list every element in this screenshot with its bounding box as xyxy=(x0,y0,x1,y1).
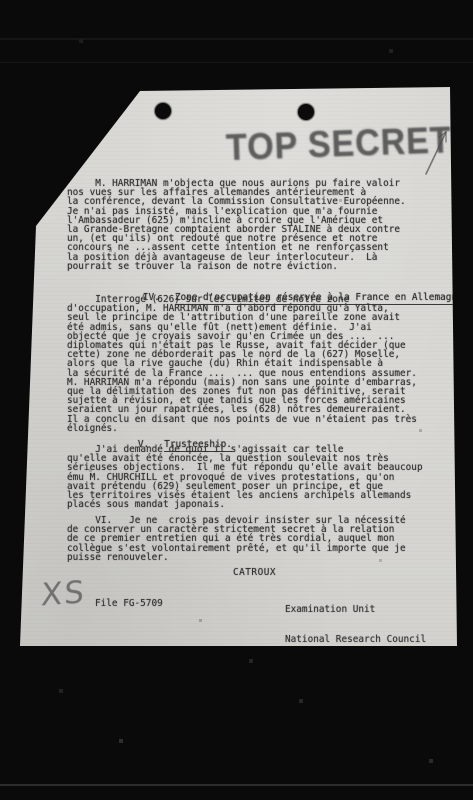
top-secret-stamp: TOP SECRET xyxy=(225,119,447,169)
signature: CATROUX xyxy=(233,567,276,578)
file-number: File FG-5709 xyxy=(95,598,163,609)
text-line: puisse renouveler. xyxy=(67,553,406,562)
scan-edge-line xyxy=(0,784,473,786)
issuer-org: National Research Council xyxy=(285,635,426,645)
issuer-block: Examination Unit National Research Counc… xyxy=(285,585,426,695)
scanned-document-screen: TOP SECRET M. HARRIMAN m'objecta que nou… xyxy=(0,0,473,800)
scan-streak xyxy=(0,62,473,63)
paragraph-trusteeship: J'ai demandé de quoi il s'agissait car t… xyxy=(67,445,423,509)
paragraph-occupation-zone: Interrogé (626) sur les limites de notre… xyxy=(67,295,417,433)
paragraph-secrecy: VI. Je ne crois pas devoir insister sur … xyxy=(67,516,406,562)
film-grain-specks xyxy=(0,0,2,2)
document-page: TOP SECRET M. HARRIMAN m'objecta que nou… xyxy=(0,0,473,800)
text-line: Il a conclu en disant que nos points de … xyxy=(67,415,417,424)
scan-streak xyxy=(0,38,473,40)
issuer-date: March 15, 1945 xyxy=(285,665,426,675)
pencil-margin-note: XS xyxy=(40,574,86,613)
paragraph-intro: M. HARRIMAN m'objecta que nous aurions p… xyxy=(67,179,406,271)
pencil-arrow-mark xyxy=(420,124,454,178)
punch-hole-left xyxy=(155,103,171,119)
text-line: placés sous mandat japonais. xyxy=(67,500,423,509)
issuer-unit: Examination Unit xyxy=(285,605,426,615)
punch-hole-right xyxy=(298,104,314,120)
text-line: pourrait se trouver la raison de notre é… xyxy=(67,262,406,271)
